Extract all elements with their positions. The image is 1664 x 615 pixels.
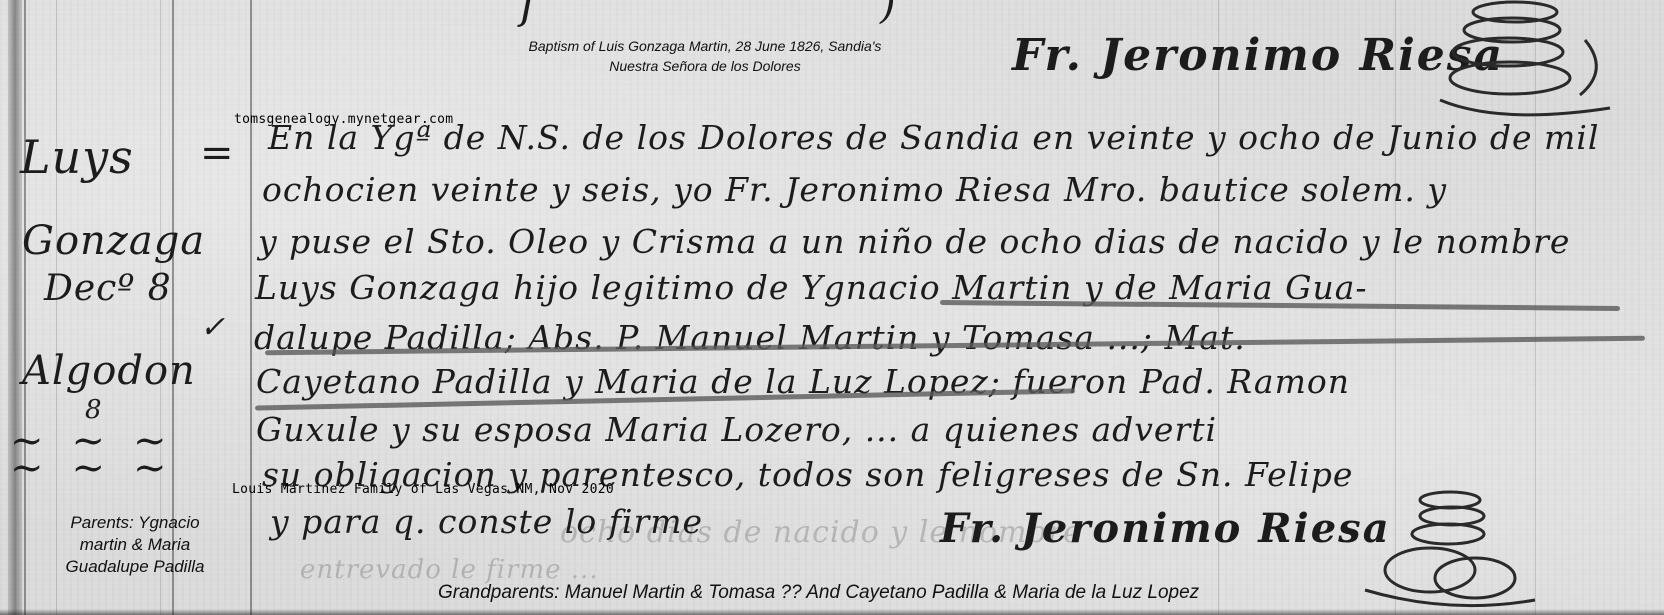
- manuscript-line: Guxule y su esposa Maria Lozero, ... a q…: [256, 410, 1217, 449]
- binding-shadow: [8, 0, 22, 615]
- bleed-through-text: entrevado le firme ...: [300, 555, 599, 585]
- rubric-flourish-icon: [1360, 490, 1540, 615]
- margin-tildes: ~~~: [10, 445, 195, 491]
- margin-dash: =: [200, 130, 235, 176]
- margin-name-luys: Luys: [20, 130, 134, 184]
- manuscript-line: ochocien veinte y seis, yo Fr. Jeronimo …: [262, 170, 1447, 209]
- previous-entry-fragment: ): [880, 0, 897, 28]
- watermark-credit: Louis Martinez Family of Las Vegas NM, N…: [232, 482, 614, 497]
- parents-line-1: Parents: Ygnacio: [30, 512, 240, 534]
- grandparents-note: Grandparents: Manuel Martin & Tomasa ?? …: [438, 582, 1199, 604]
- margin-rule: [24, 0, 26, 615]
- manuscript-line: En la Ygª de N.S. de los Dolores de Sand…: [268, 118, 1599, 157]
- manuscript-line: Luys Gonzaga hijo legitimo de Ygnacio Ma…: [255, 268, 1368, 307]
- parents-line-3: Guadalupe Padilla: [30, 556, 240, 578]
- caption-line-1: Baptism of Luis Gonzaga Martin, 28 June …: [470, 38, 940, 54]
- margin-rule: [250, 0, 252, 615]
- margin-place-algodon: Algodon: [22, 348, 196, 394]
- document-caption: Baptism of Luis Gonzaga Martin, 28 June …: [470, 38, 940, 74]
- manuscript-line: y puse el Sto. Oleo y Crisma a un niño d…: [258, 222, 1570, 261]
- margin-name-gonzaga: Gonzaga: [22, 218, 205, 264]
- margin-check-mark: ✓: [200, 310, 226, 345]
- rubric-flourish-icon: [1430, 0, 1630, 125]
- margin-date: Decº 8: [44, 268, 172, 309]
- page-bottom-edge: [0, 609, 1664, 615]
- manuscript-scan: ocho dias de nacido y le nombre entrevad…: [0, 0, 1664, 615]
- bottom-signature: Fr. Jeronimo Riesa: [940, 505, 1391, 552]
- parents-note: Parents: Ygnacio martin & Maria Guadalup…: [30, 512, 240, 578]
- previous-entry-fragment: f: [520, 0, 537, 29]
- caption-line-2: Nuestra Señora de los Dolores: [470, 58, 940, 74]
- manuscript-line: y para q. conste lo firme: [270, 502, 703, 541]
- parents-line-2: martin & Maria: [30, 534, 240, 556]
